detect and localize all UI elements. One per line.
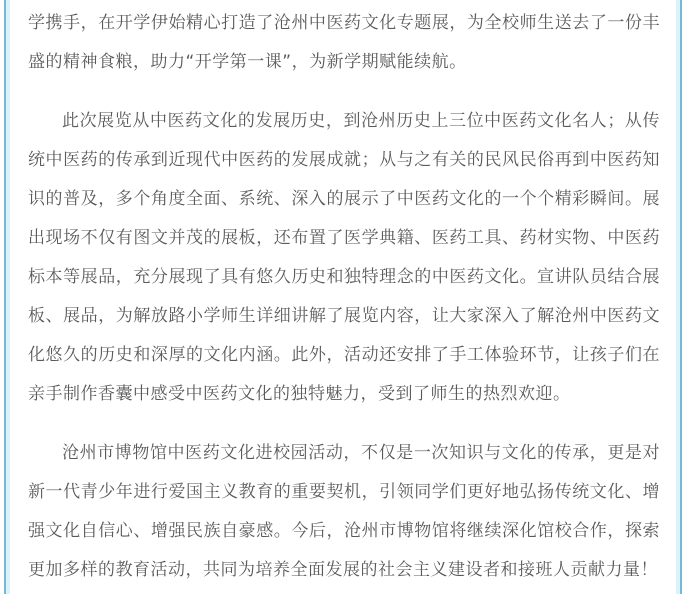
article-page: 学携手，在开学伊始精心打造了沧州中医药文化专题展，为全校师生送去了一份丰盛的精神… (0, 0, 688, 594)
article-content: 学携手，在开学伊始精心打造了沧州中医药文化专题展，为全校师生送去了一份丰盛的精神… (6, 0, 680, 590)
article-paragraph-3: 沧州市博物馆中医药文化进校园活动，不仅是一次知识与文化的传承，更是对新一代青少年… (28, 434, 660, 590)
article-card: 学携手，在开学伊始精心打造了沧州中医药文化专题展，为全校师生送去了一份丰盛的精神… (4, 0, 682, 594)
article-paragraph-2: 此次展览从中医药文化的发展历史，到沧州历史上三位中医药文化名人；从传统中医药的传… (28, 102, 660, 414)
article-paragraph-1: 学携手，在开学伊始精心打造了沧州中医药文化专题展，为全校师生送去了一份丰盛的精神… (28, 4, 660, 82)
